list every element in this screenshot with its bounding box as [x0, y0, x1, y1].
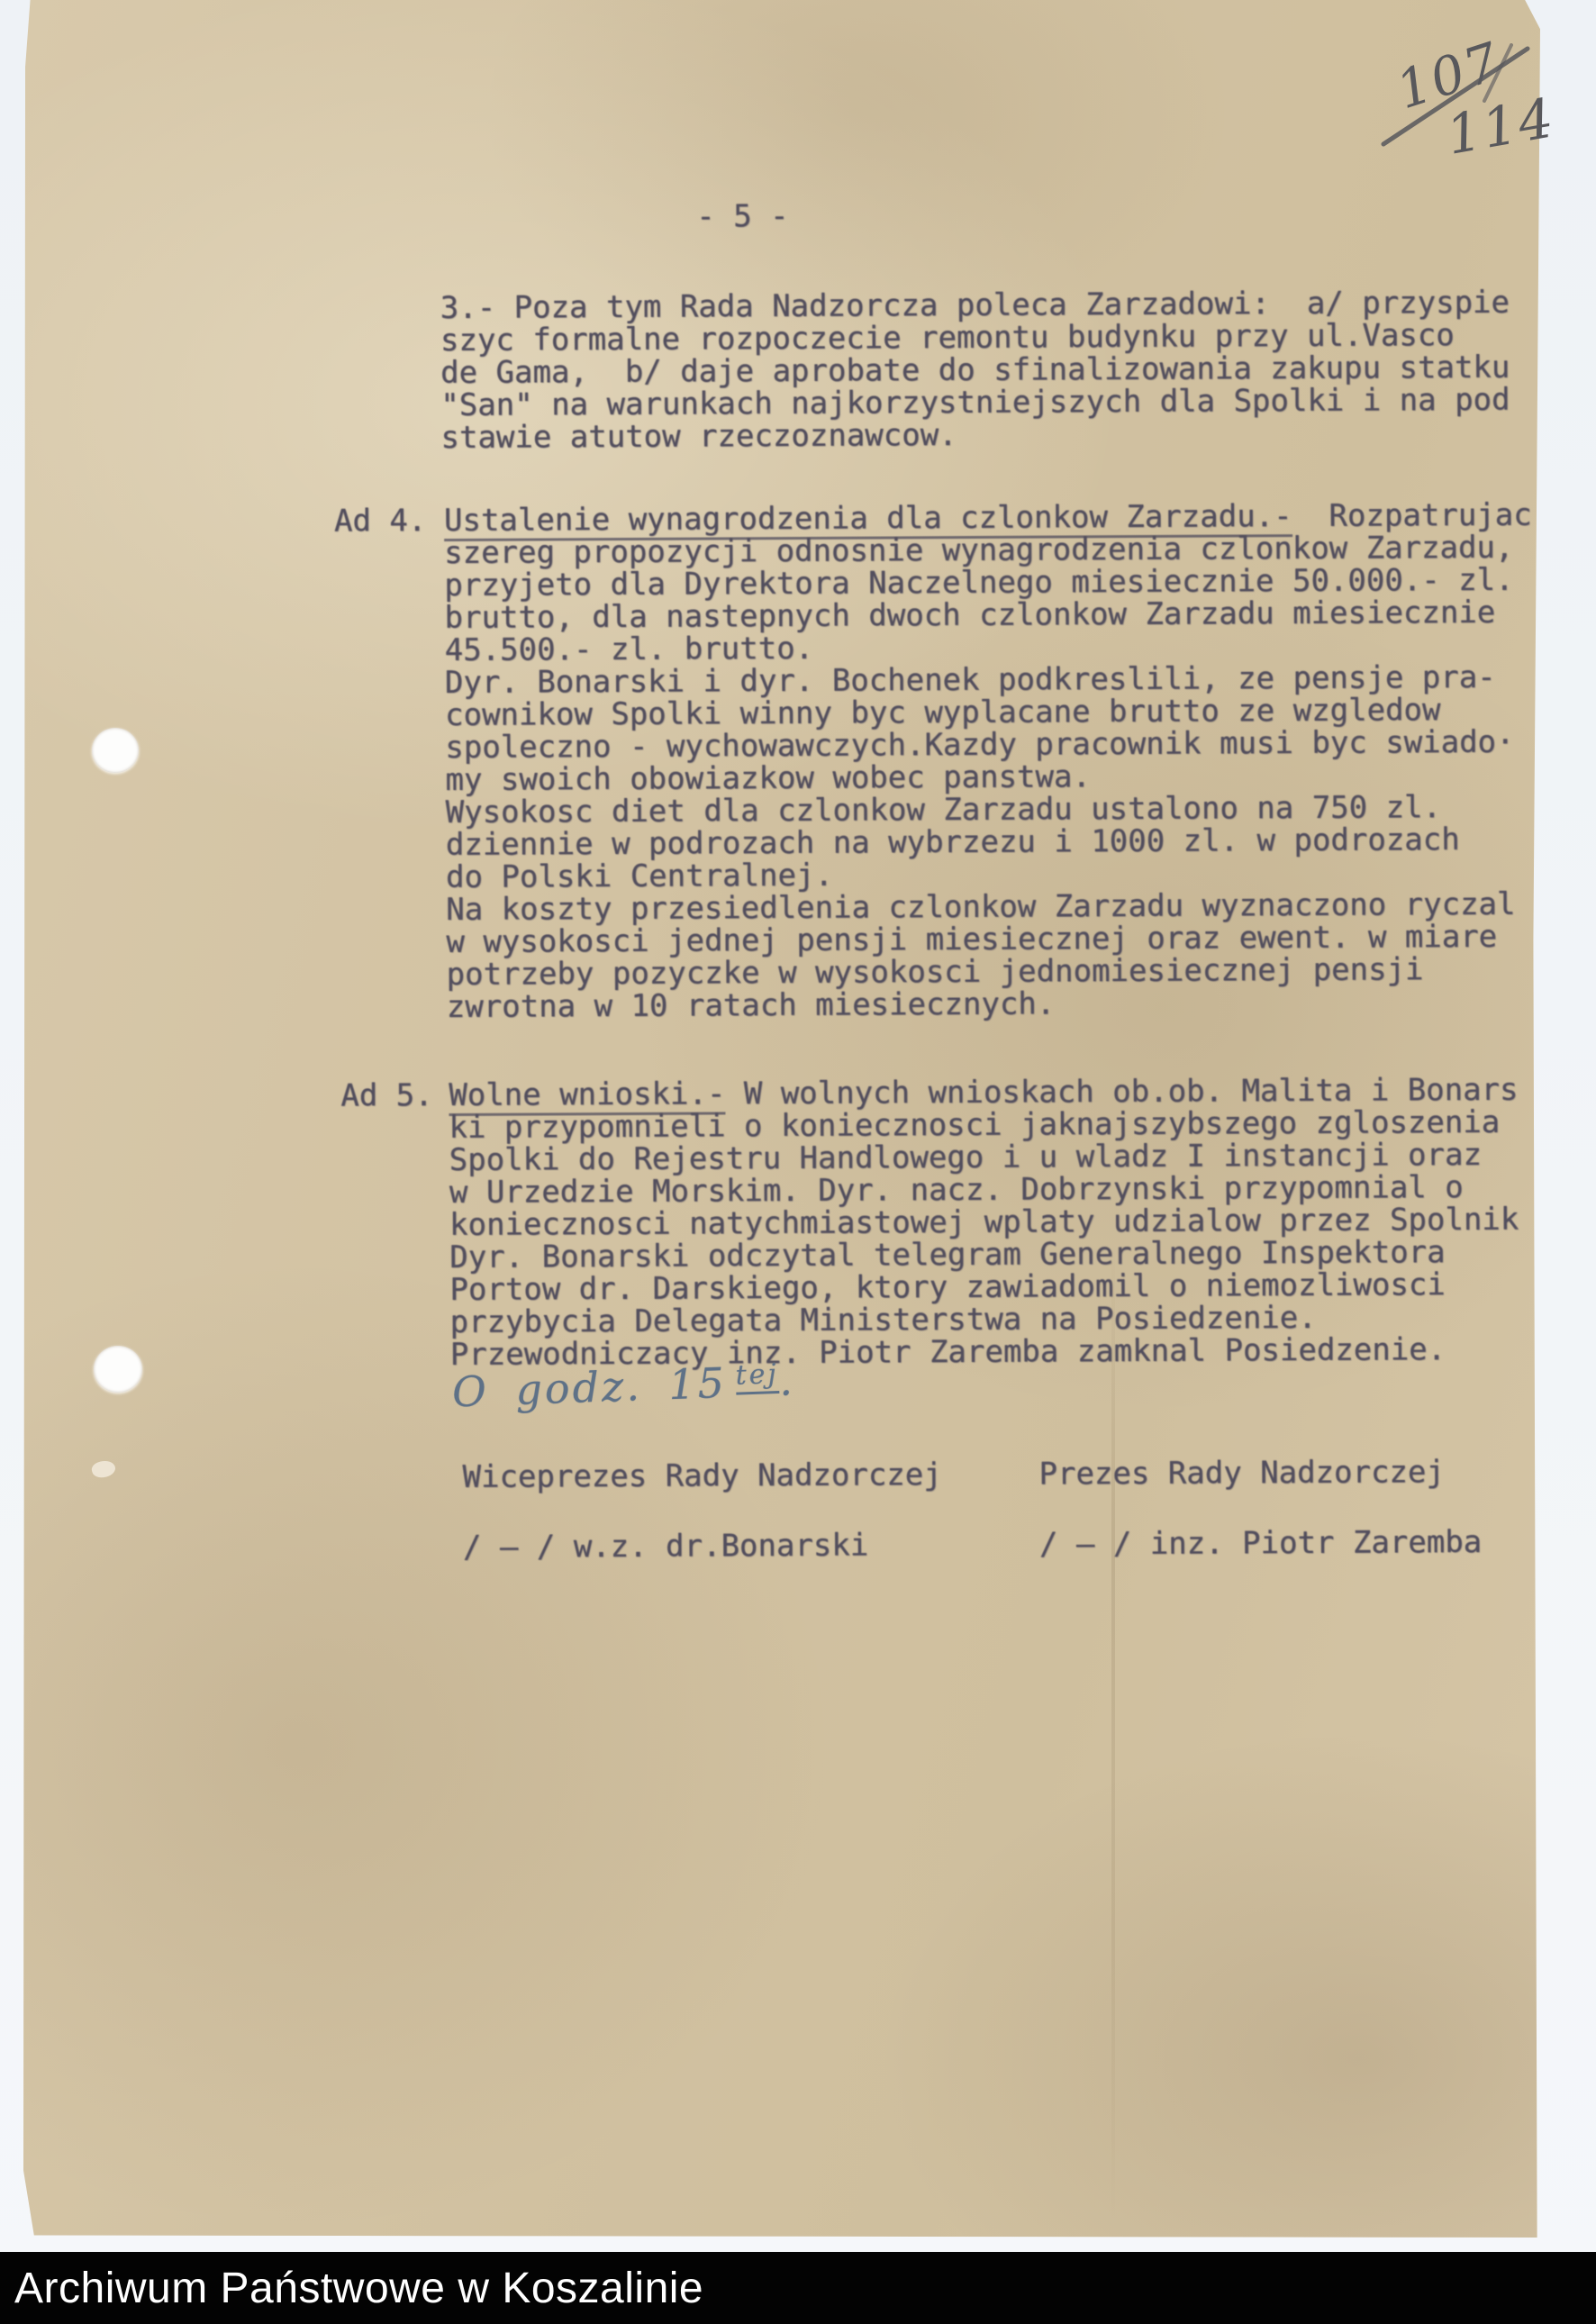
handwritten-superscript: tej — [735, 1358, 779, 1395]
typed-line: "San" na warunkach najkorzystniejszych d… — [440, 384, 1510, 422]
typed-line: potrzeby pozyczke w wysokosci jednomiesi… — [447, 953, 1535, 991]
section-body-ad5: Wolne wnioski.- W wolnych wnioskach ob.o… — [449, 1074, 1519, 1371]
signature-line-left: / — / w.z. dr.Bonarski — [463, 1530, 869, 1564]
section-lines: szereg propozycji odnosnie wynagrodzenia… — [444, 531, 1535, 1023]
signature-line-right: / — / inz. Piotr Zaremba — [1039, 1526, 1482, 1561]
section-label-ad4: Ad 4. — [334, 504, 427, 538]
section-label-ad5: Ad 5. — [340, 1079, 433, 1112]
section-lines: ki przypomnieli o koniecznosci jaknajszy… — [449, 1106, 1519, 1371]
signature-title-left: Wiceprezes Rady Nadzorczej — [462, 1458, 941, 1493]
handwritten-text: O godz. 15 — [451, 1358, 728, 1417]
typed-line: stawie atutow rzeczoznawcow. — [440, 416, 1510, 454]
typed-line: spoleczno - wychowawczych.Kazdy pracowni… — [445, 726, 1533, 764]
section-body-ad4: Ustalenie wynagrodzenia dla czlonkow Zar… — [444, 499, 1535, 1023]
typed-line: zwrotna w 10 ratach miesiecznych. — [447, 985, 1535, 1023]
heading-rest: Rozpatrujac — [1292, 497, 1532, 534]
typewritten-layer: - 5 - 3.- Poza tym Rada Nadzorcza poleca… — [0, 0, 1596, 2324]
typed-line: dziennie w podrozach na wybrzezu i 1000 … — [446, 823, 1534, 861]
signature-title-right: Prezes Rady Nadzorczej — [1038, 1456, 1445, 1490]
typed-line: brutto, dla nastepnych dwoch czlonkow Za… — [444, 596, 1532, 634]
document-scan: 107 114 - 5 - 3.- Poza tym Rada Nadzorcz… — [0, 0, 1596, 2324]
section-item-3: 3.- Poza tym Rada Nadzorcza poleca Zarza… — [440, 286, 1510, 454]
typed-line: Portow dr. Darskiego, ktory zawiadomil o… — [449, 1268, 1519, 1306]
footer-bar: Archiwum Państwowe w Koszalinie — [0, 2252, 1596, 2324]
typed-page-number: - 5 - — [696, 200, 789, 233]
handwritten-period: . — [778, 1356, 795, 1405]
footer-label: Archiwum Państwowe w Koszalinie — [0, 2264, 703, 2313]
